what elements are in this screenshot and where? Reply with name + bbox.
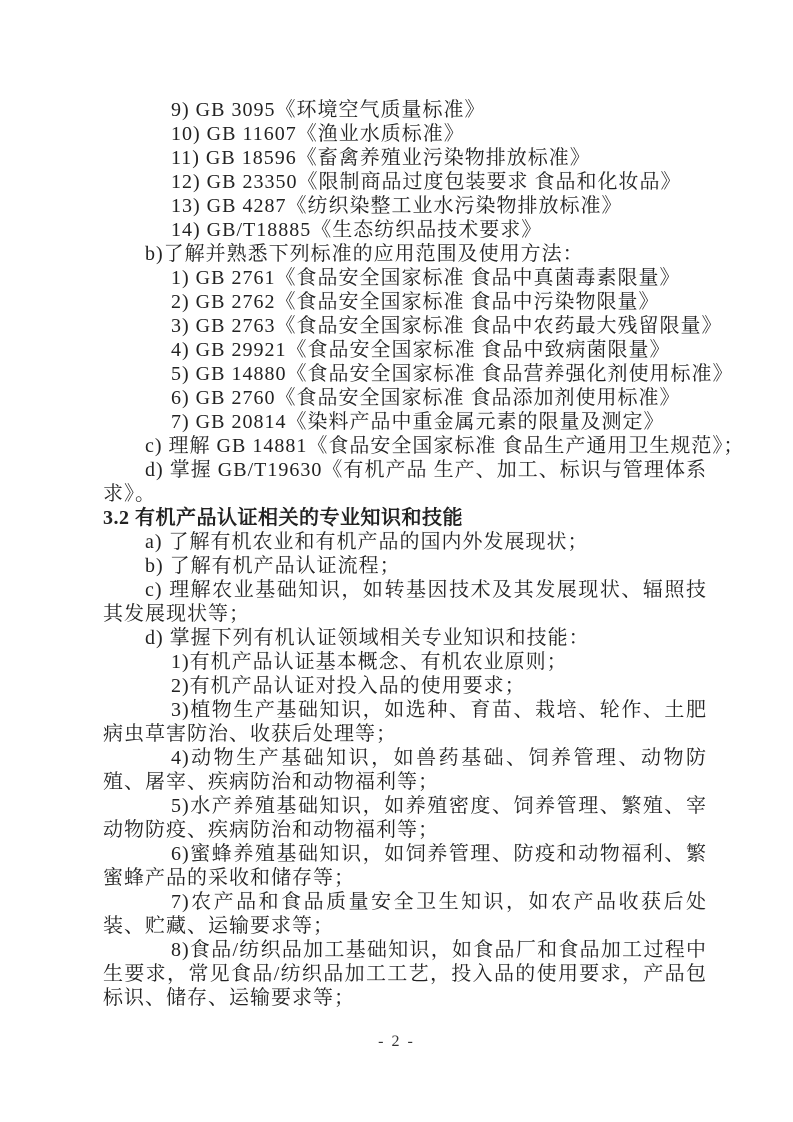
text-line: 标识、储存、运输要求等； [103, 986, 707, 1010]
text-line: 动物防疫、疾病防治和动物福利等； [103, 818, 707, 842]
text-line: 3.2 有机产品认证相关的专业知识和技能 [103, 506, 707, 530]
text-line: 14) GB/T18885《生态纺织品技术要求》 [103, 218, 707, 242]
document-body: 9) GB 3095《环境空气质量标准》10) GB 11607《渔业水质标准》… [103, 98, 707, 1010]
text-line: 5) GB 14880《食品安全国家标准 食品营养强化剂使用标准》 [103, 362, 707, 386]
text-line: 12) GB 23350《限制商品过度包装要求 食品和化妆品》 [103, 170, 707, 194]
text-line: 10) GB 11607《渔业水质标准》 [103, 122, 707, 146]
text-line: 病虫草害防治、收获后处理等； [103, 722, 707, 746]
text-line: 3) GB 2763《食品安全国家标准 食品中农药最大残留限量》 [103, 314, 707, 338]
text-line: b) 了解有机产品认证流程； [103, 554, 707, 578]
text-line: 6) GB 2760《食品安全国家标准 食品添加剂使用标准》 [103, 386, 707, 410]
text-line: 13) GB 4287《纺织染整工业水污染物排放标准》 [103, 194, 707, 218]
text-line: 生要求，常见食品/纺织品加工工艺，投入品的使用要求，产品包装、 [103, 962, 707, 986]
text-line: 其发展现状等； [103, 602, 707, 626]
text-line: 4) GB 29921《食品安全国家标准 食品中致病菌限量》 [103, 338, 707, 362]
text-line: c) 理解农业基础知识，如转基因技术及其发展现状、辐照技术及 [103, 578, 707, 602]
text-line: 8)食品/纺织品加工基础知识，如食品厂和食品加工过程中的卫 [103, 938, 707, 962]
text-line: c) 理解 GB 14881《食品安全国家标准 食品生产通用卫生规范》； [103, 434, 707, 458]
text-line: 3)植物生产基础知识，如选种、育苗、栽培、轮作、土肥管理、 [103, 698, 707, 722]
text-line: 2) GB 2762《食品安全国家标准 食品中污染物限量》 [103, 290, 707, 314]
text-line: 7) GB 20814《染料产品中重金属元素的限量及测定》 [103, 410, 707, 434]
text-line: 11) GB 18596《畜禽养殖业污染物排放标准》 [103, 146, 707, 170]
text-line: 9) GB 3095《环境空气质量标准》 [103, 98, 707, 122]
text-line: 1) GB 2761《食品安全国家标准 食品中真菌毒素限量》 [103, 266, 707, 290]
text-line: 1)有机产品认证基本概念、有机农业原则； [103, 650, 707, 674]
text-line: d) 掌握下列有机认证领域相关专业知识和技能： [103, 626, 707, 650]
text-line: 4)动物生产基础知识，如兽药基础、饲养管理、动物防疫、繁 [103, 746, 707, 770]
text-line: 5)水产养殖基础知识，如养殖密度、饲养管理、繁殖、宰杀、 [103, 794, 707, 818]
text-line: 求》。 [103, 482, 707, 506]
text-line: 蜜蜂产品的采收和储存等； [103, 866, 707, 890]
page-number: - 2 - [0, 1033, 793, 1051]
text-line: 6)蜜蜂养殖基础知识，如饲养管理、防疫和动物福利、繁殖、 [103, 842, 707, 866]
text-line: 2)有机产品认证对投入品的使用要求； [103, 674, 707, 698]
text-line: 殖、屠宰、疾病防治和动物福利等； [103, 770, 707, 794]
text-line: a) 了解有机农业和有机产品的国内外发展现状； [103, 530, 707, 554]
text-line: 装、贮藏、运输要求等； [103, 914, 707, 938]
text-line: b)了解并熟悉下列标准的应用范围及使用方法： [103, 242, 707, 266]
document-page: 9) GB 3095《环境空气质量标准》10) GB 11607《渔业水质标准》… [0, 0, 793, 1122]
text-line: 7)农产品和食品质量安全卫生知识，如农产品收获后处理、包 [103, 890, 707, 914]
text-line: d) 掌握 GB/T19630《有机产品 生产、加工、标识与管理体系要 [103, 458, 707, 482]
